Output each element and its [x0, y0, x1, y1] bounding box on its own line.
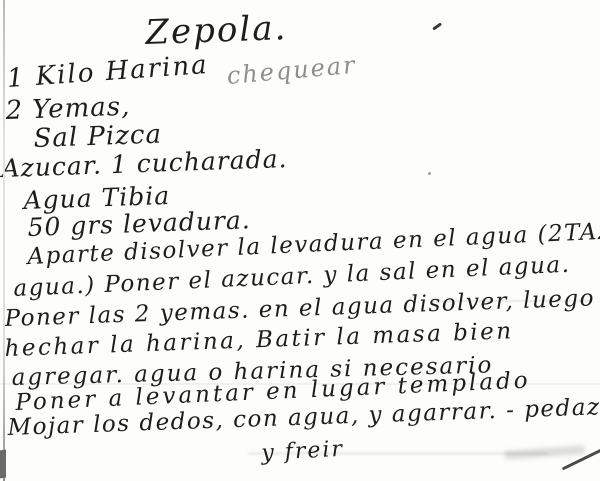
- ingredient-line-flour: 1 Kilo Harina: [6, 52, 209, 92]
- scan-edge-line: [3, 0, 5, 481]
- scan-streak: [430, 300, 592, 302]
- pencil-annotation-chequear: chequear: [226, 53, 358, 88]
- ingredient-line-yolks: 2 Yemas,: [5, 94, 131, 124]
- pen-tick-mark: [432, 22, 442, 30]
- recipe-title: Zepola.: [145, 11, 288, 50]
- scan-streak: [248, 452, 548, 455]
- scan-edge-dark-mark: [0, 450, 6, 479]
- ingredient-line-salt: Sal Pizca: [33, 122, 162, 152]
- ink-speck: [428, 172, 431, 175]
- handwritten-recipe-page: Zepola. 1 Kilo Harina chequear 2 Yemas, …: [0, 0, 600, 481]
- scan-streak: [0, 383, 600, 385]
